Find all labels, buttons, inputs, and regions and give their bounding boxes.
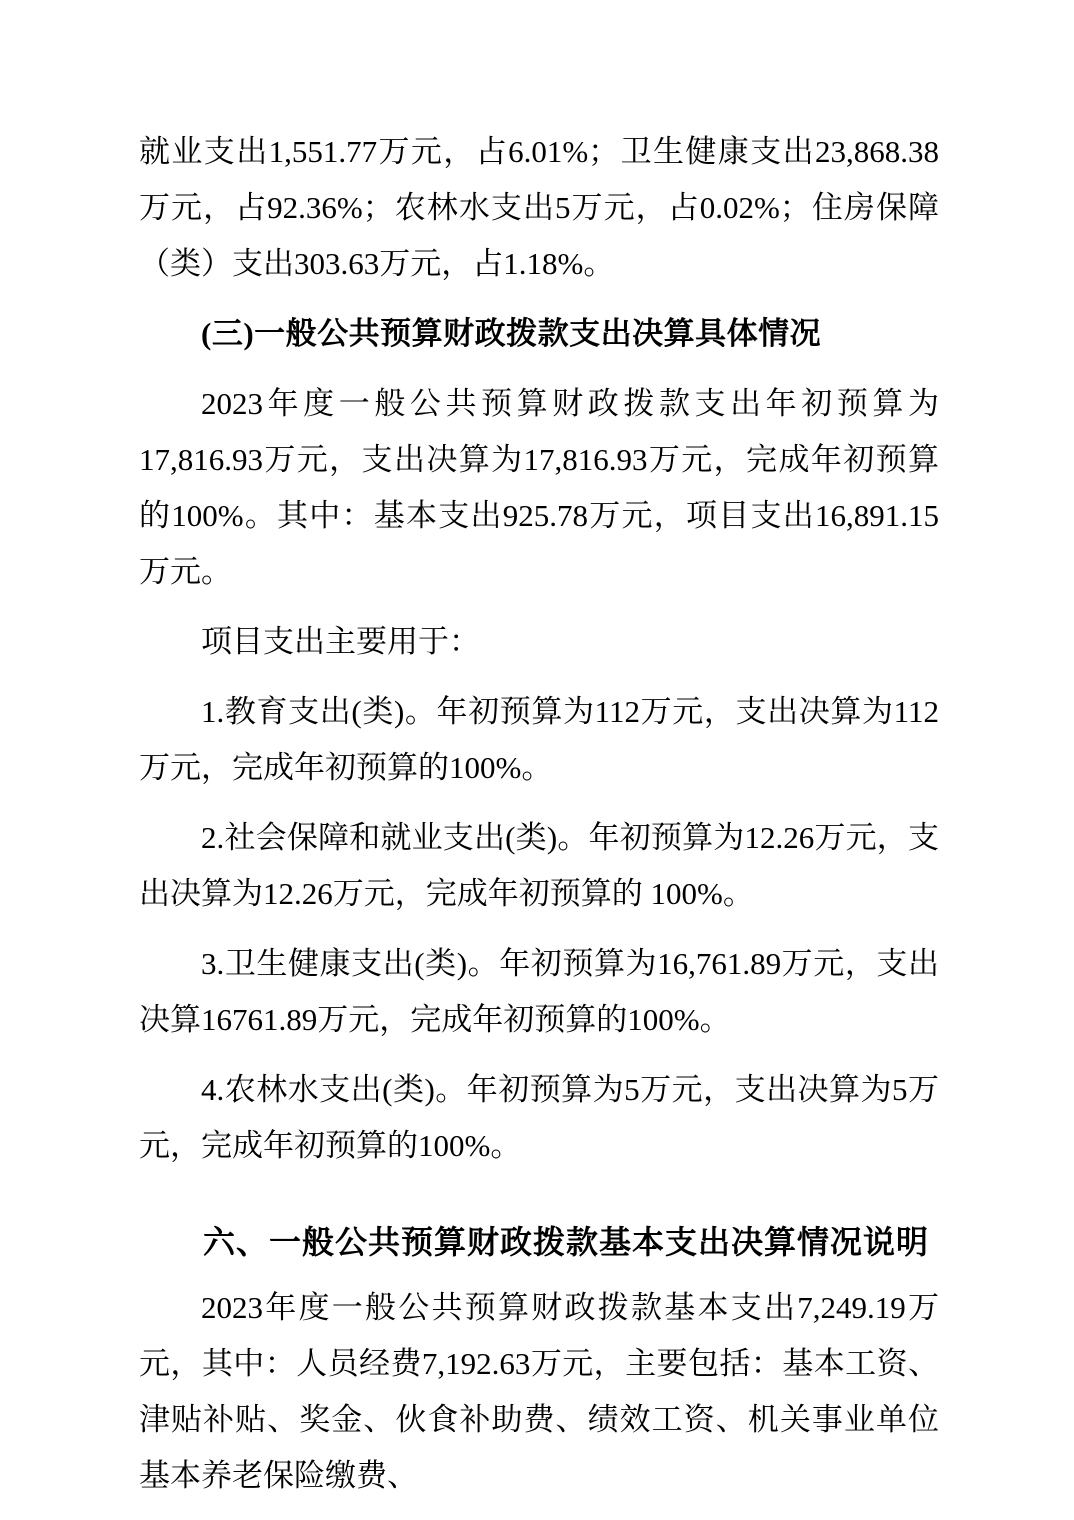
document-content: 就业支出1,551.77万元，占6.01%；卫生健康支出23,868.38万元，… [139,124,939,1504]
paragraph-project-expenditure-intro: 项目支出主要用于： [139,614,939,670]
document-page: 就业支出1,551.77万元，占6.01%；卫生健康支出23,868.38万元，… [0,0,1074,1520]
paragraph-item-1-education: 1.教育支出(类)。年初预算为112万元，支出决算为112万元，完成年初预算的1… [139,684,939,796]
paragraph-basic-expenditure-personnel: 2023年度一般公共预算财政拨款基本支出7,249.19万元，其中：人员经费7,… [139,1280,939,1504]
paragraph-fiscal-allocation-expenditure: 2023年度一般公共预算财政拨款支出年初预算为17,816.93万元，支出决算为… [139,376,939,600]
paragraph-expenditure-shares: 就业支出1,551.77万元，占6.01%；卫生健康支出23,868.38万元，… [139,124,939,292]
paragraph-item-3-health: 3.卫生健康支出(类)。年初预算为16,761.89万元，支出决算16761.8… [139,936,939,1048]
heading-subsection-three: (三)一般公共预算财政拨款支出决算具体情况 [139,306,939,362]
paragraph-item-4-agriculture-water: 4.农林水支出(类)。年初预算为5万元，支出决算为5万元，完成年初预算的100%… [139,1062,939,1174]
heading-section-six: 六、一般公共预算财政拨款基本支出决算情况说明 [139,1214,939,1270]
paragraph-item-2-social-security: 2.社会保障和就业支出(类)。年初预算为12.26万元，支出决算为12.26万元… [139,810,939,922]
